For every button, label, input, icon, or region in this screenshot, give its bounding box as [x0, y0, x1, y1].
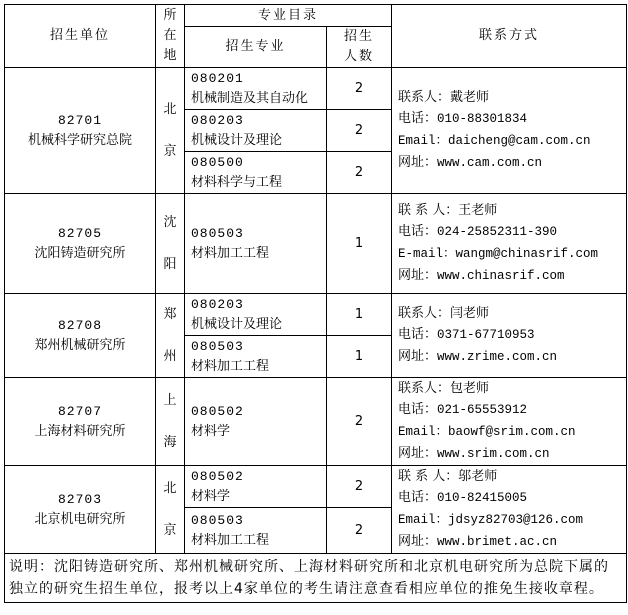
location-char: 海 [156, 433, 184, 453]
major-cell: 080201 机械制造及其自动化 [185, 68, 327, 110]
major-cell: 080503 材料加工工程 [185, 336, 327, 378]
major-cell: 080503 材料加工工程 [185, 194, 327, 294]
location-char: 州 [156, 347, 184, 367]
location-char: 京 [156, 142, 184, 162]
unit-cell: 82701 机械科学研究总院 [5, 68, 156, 194]
location-char: 北 [156, 100, 184, 120]
contact-person: 联系人：闫老师 [398, 303, 626, 324]
major-code: 080203 [191, 111, 326, 131]
table-row: 82701 机械科学研究总院 北 京 080201 机械制造及其自动化 2 联系… [5, 68, 627, 110]
major-name: 机械制造及其自动化 [191, 91, 308, 106]
quota-cell: 1 [327, 194, 392, 294]
header-quota-line: 招生 [327, 27, 391, 47]
unit-name: 北京机电研究所 [34, 512, 125, 527]
quota-cell: 2 [327, 68, 392, 110]
quota-cell: 2 [327, 466, 392, 508]
table-row: 82703 北京机电研究所 北 京 080502 材料学 2 联 系 人：邬老师… [5, 466, 627, 508]
major-cell: 080203 机械设计及理论 [185, 294, 327, 336]
header-quota-line: 人数 [327, 47, 391, 67]
unit-code: 82708 [5, 316, 155, 336]
contact-phone: 电话：0371-67710953 [398, 324, 626, 346]
major-cell: 080203 机械设计及理论 [185, 110, 327, 152]
location-cell: 上 海 [156, 378, 185, 466]
major-name: 材料加工工程 [191, 359, 269, 374]
header-location: 所 在 地 [156, 5, 185, 68]
major-cell: 080500 材料科学与工程 [185, 152, 327, 194]
contact-person: 联系人：包老师 [398, 378, 626, 399]
contact-website: 网址：www.chinasrif.com [398, 265, 626, 287]
unit-cell: 82705 沈阳铸造研究所 [5, 194, 156, 294]
note-text: 说明：沈阳铸造研究所、郑州机械研究所、上海材料研究所和北京机电研究所为总院下属的… [5, 554, 627, 603]
location-cell: 沈 阳 [156, 194, 185, 294]
major-cell: 080503 材料加工工程 [185, 508, 327, 554]
note-row: 说明：沈阳铸造研究所、郑州机械研究所、上海材料研究所和北京机电研究所为总院下属的… [5, 554, 627, 603]
major-cell: 080502 材料学 [185, 378, 327, 466]
unit-code: 82701 [5, 111, 155, 131]
location-cell: 北 京 [156, 68, 185, 194]
contact-phone: 电话：021-65553912 [398, 399, 626, 421]
unit-name: 郑州机械研究所 [34, 338, 125, 353]
major-name: 材料加工工程 [191, 246, 269, 261]
admissions-table: 招生单位 所 在 地 专业目录 联系方式 招生专业 招生 人数 82701 机械… [4, 4, 627, 603]
contact-phone: 电话：024-25852311-390 [398, 221, 626, 243]
major-name: 材料科学与工程 [191, 175, 282, 190]
unit-code: 82707 [5, 402, 155, 422]
contact-website: 网址：www.srim.com.cn [398, 443, 626, 465]
major-code: 080500 [191, 153, 326, 173]
unit-cell: 82703 北京机电研究所 [5, 466, 156, 554]
location-char: 上 [156, 391, 184, 411]
quota-cell: 2 [327, 152, 392, 194]
table-row: 82708 郑州机械研究所 郑 州 080203 机械设计及理论 1 联系人：闫… [5, 294, 627, 336]
contact-person: 联 系 人：邬老师 [398, 466, 626, 487]
contact-cell: 联系人：戴老师 电话：010-88301834 Email：daicheng@c… [392, 68, 627, 194]
quota-cell: 1 [327, 294, 392, 336]
contact-email: E-mail：wangm@chinasrif.com [398, 243, 626, 265]
contact-website: 网址：www.zrime.com.cn [398, 346, 626, 368]
table-row: 82707 上海材料研究所 上 海 080502 材料学 2 联系人：包老师 电… [5, 378, 627, 466]
major-name: 材料加工工程 [191, 533, 269, 548]
location-char: 沈 [156, 213, 184, 233]
location-char: 北 [156, 479, 184, 499]
major-name: 机械设计及理论 [191, 133, 282, 148]
header-catalog: 专业目录 [185, 5, 392, 27]
major-code: 080503 [191, 337, 326, 357]
major-code: 080201 [191, 69, 326, 89]
header-contact: 联系方式 [392, 5, 627, 68]
major-cell: 080502 材料学 [185, 466, 327, 508]
quota-cell: 2 [327, 110, 392, 152]
major-code: 080503 [191, 511, 326, 531]
major-code: 080503 [191, 224, 326, 244]
quota-cell: 2 [327, 508, 392, 554]
location-char: 阳 [156, 255, 184, 275]
header-quota: 招生 人数 [327, 27, 392, 68]
header-location-char: 地 [156, 46, 184, 66]
major-name: 材料学 [191, 424, 230, 439]
location-char: 郑 [156, 305, 184, 325]
unit-name: 机械科学研究总院 [28, 133, 132, 148]
unit-cell: 82708 郑州机械研究所 [5, 294, 156, 378]
major-code: 080502 [191, 402, 326, 422]
header-location-char: 在 [156, 26, 184, 46]
quota-cell: 2 [327, 378, 392, 466]
major-code: 080502 [191, 467, 326, 487]
location-cell: 郑 州 [156, 294, 185, 378]
header-major: 招生专业 [185, 27, 327, 68]
contact-cell: 联系人：包老师 电话：021-65553912 Email：baowf@srim… [392, 378, 627, 466]
unit-code: 82703 [5, 490, 155, 510]
header-unit: 招生单位 [5, 5, 156, 68]
location-cell: 北 京 [156, 466, 185, 554]
table-row: 82705 沈阳铸造研究所 沈 阳 080503 材料加工工程 1 联 系 人：… [5, 194, 627, 294]
contact-email: Email：baowf@srim.com.cn [398, 421, 626, 443]
major-name: 材料学 [191, 489, 230, 504]
unit-name: 沈阳铸造研究所 [34, 246, 125, 261]
contact-person: 联 系 人：王老师 [398, 200, 626, 221]
contact-website: 网址：www.cam.com.cn [398, 152, 626, 174]
contact-cell: 联系人：闫老师 电话：0371-67710953 网址：www.zrime.co… [392, 294, 627, 378]
contact-email: Email：jdsyz82703@126.com [398, 509, 626, 531]
contact-phone: 电话：010-88301834 [398, 108, 626, 130]
unit-cell: 82707 上海材料研究所 [5, 378, 156, 466]
contact-email: Email：daicheng@cam.com.cn [398, 130, 626, 152]
contact-website: 网址：www.brimet.ac.cn [398, 531, 626, 553]
contact-person: 联系人：戴老师 [398, 87, 626, 108]
major-name: 机械设计及理论 [191, 317, 282, 332]
major-code: 080203 [191, 295, 326, 315]
contact-cell: 联 系 人：王老师 电话：024-25852311-390 E-mail：wan… [392, 194, 627, 294]
contact-phone: 电话：010-82415005 [398, 487, 626, 509]
quota-cell: 1 [327, 336, 392, 378]
unit-name: 上海材料研究所 [34, 424, 125, 439]
contact-cell: 联 系 人：邬老师 电话：010-82415005 Email：jdsyz827… [392, 466, 627, 554]
unit-code: 82705 [5, 224, 155, 244]
location-char: 京 [156, 521, 184, 541]
header-location-char: 所 [156, 6, 184, 26]
